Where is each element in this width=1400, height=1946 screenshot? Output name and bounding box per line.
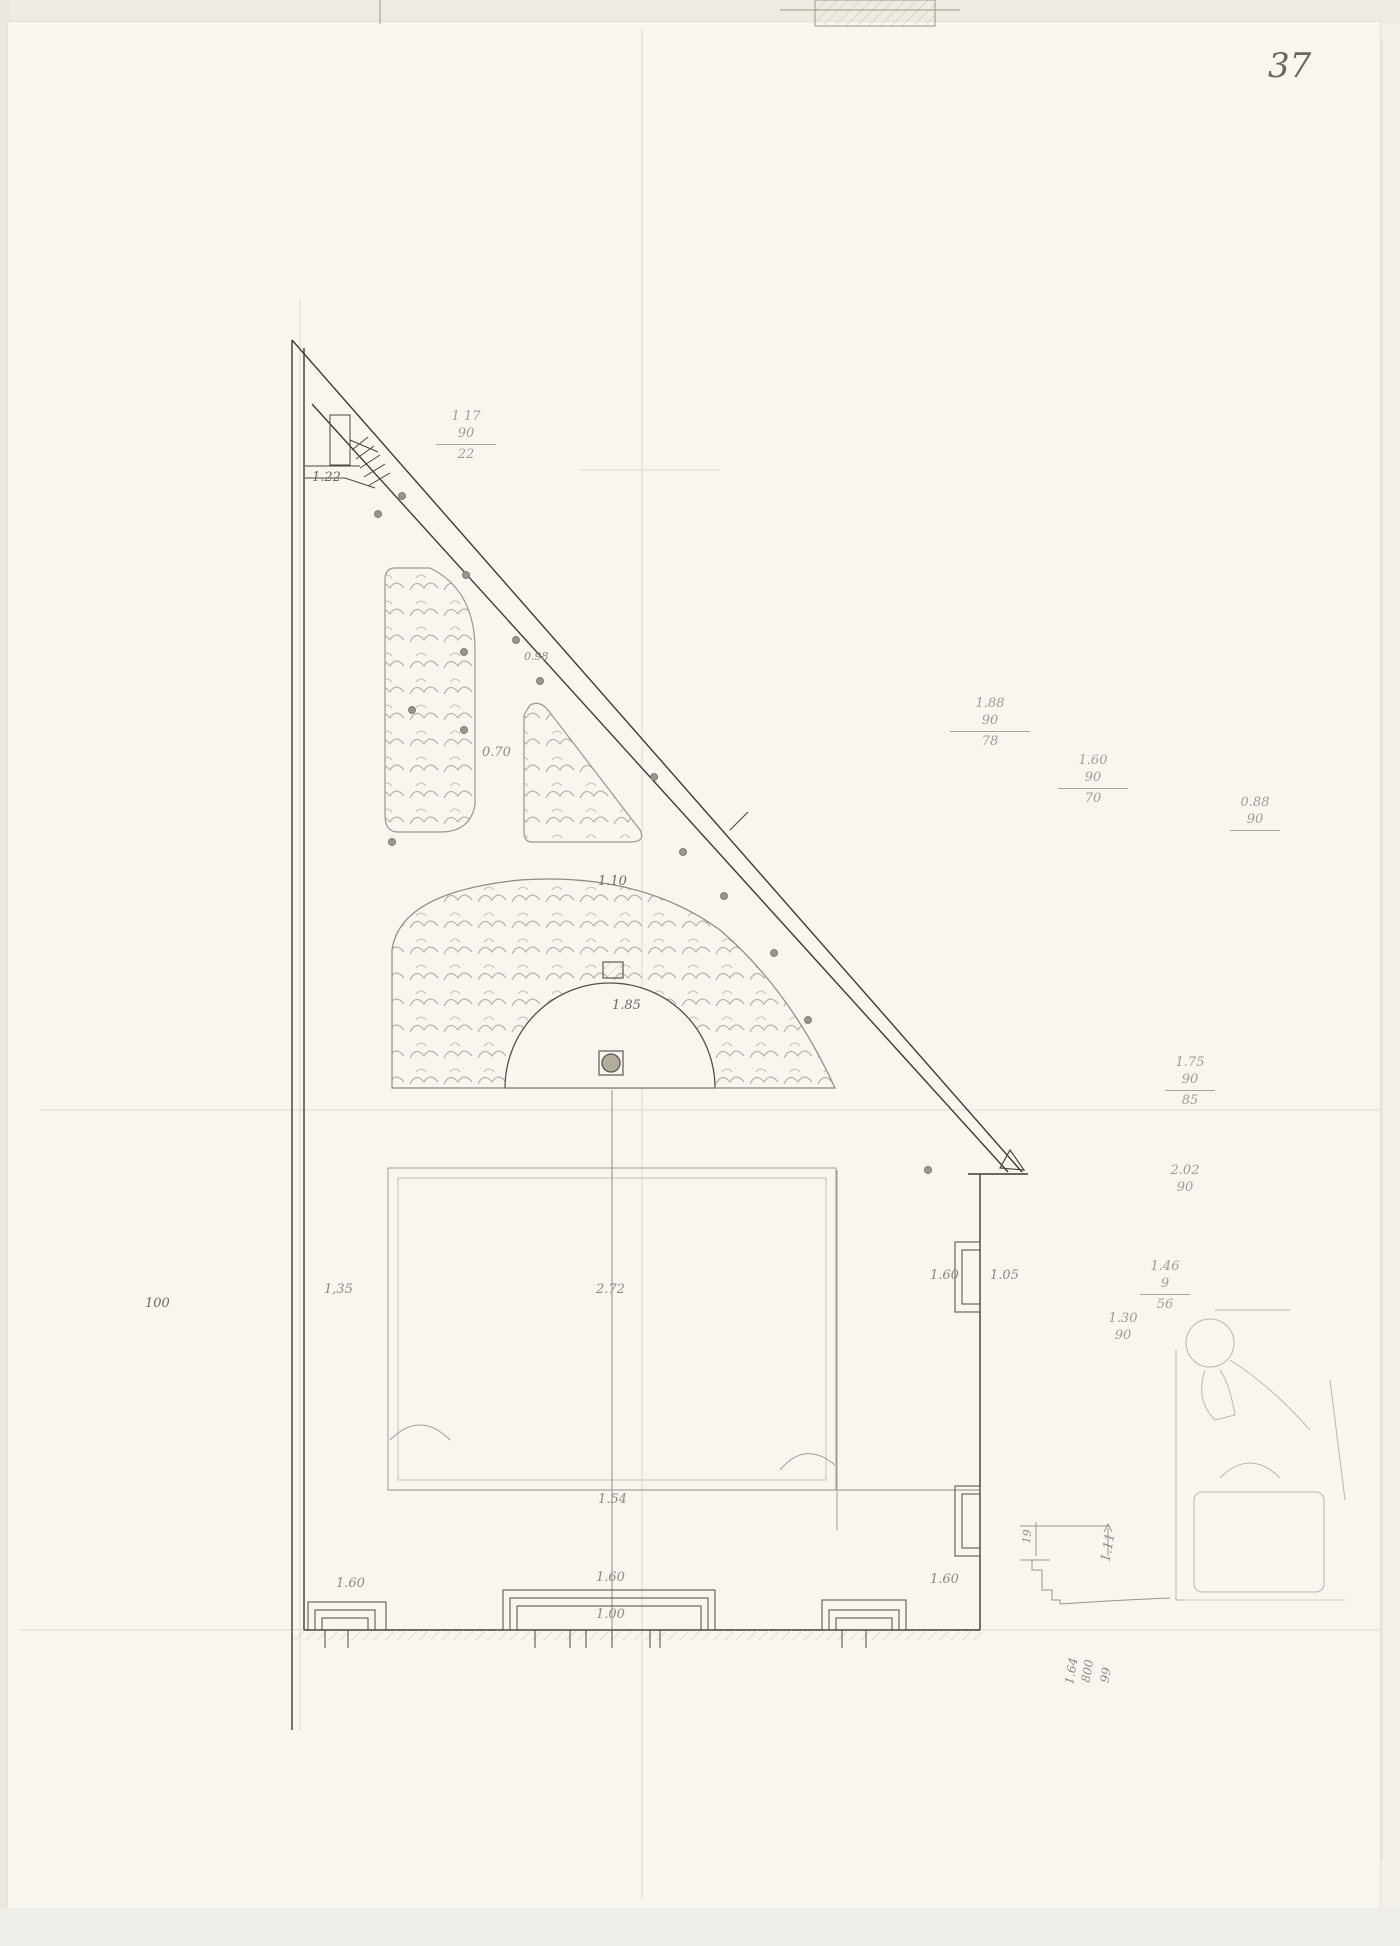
right-opening-dimension-b: 1.05 [990,1268,1019,1283]
calculation-5: 1.7590 85 [1165,1054,1215,1109]
walk-tick [730,812,748,830]
walk-dimension-1: 0.98 [524,650,549,663]
right-door-dimension: 1.60 [930,1572,959,1587]
planting-bed-left [385,568,475,832]
hall-center-width: 2.72 [596,1282,625,1297]
walk-dimension-2: 0.70 [482,745,511,760]
left-door-dimension: 1.60 [336,1576,365,1591]
right-opening-dimension-a: 1.60 [930,1268,959,1283]
corner-landing-dimension: 1.22 [312,470,341,485]
walk-dimension-3: 1.10 [598,874,627,889]
rotated-note-3: 99 [1097,1666,1113,1683]
hall-left-width: 1,35 [324,1282,353,1297]
right-wall-openings [955,1242,980,1556]
calculation-2: 1.8890 78 [950,695,1030,750]
calculation-7: 1.469 56 [1140,1258,1190,1313]
plan-drawing [0,0,1400,1946]
margin-sketch [1176,1310,1345,1600]
hall-bottom-depth: 1.54 [598,1492,627,1507]
bottom-wall-hatching [292,1630,982,1640]
scale-note: 100 [145,1296,170,1311]
center-door-dimension: 1.60 [596,1570,625,1585]
stair-section-sketch [1020,1522,1170,1604]
stair-step-label: 19 [1020,1529,1034,1544]
drawing-sheet: 37 1.22 0.98 0.70 1.10 1.85 1,35 2.72 1.… [0,0,1400,1946]
central-court [388,1090,980,1630]
previous-sheet-fragment [380,0,960,26]
calculation-3: 1.6090 70 [1058,752,1128,807]
calculation-8: 1.3090 [1098,1310,1148,1344]
center-door-inner-dimension: 1.00 [596,1607,625,1622]
fountain-dimension: 1.85 [612,998,641,1013]
planting-bed-triangle [524,703,642,842]
calculation-1: 1 1790 22 [436,408,496,463]
calculation-6: 2.0290 [1160,1162,1210,1196]
page-number: 37 [1268,46,1311,86]
calculation-4: 0.8890 [1230,794,1280,832]
